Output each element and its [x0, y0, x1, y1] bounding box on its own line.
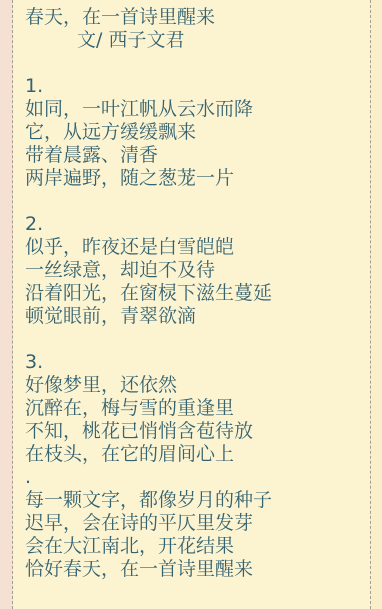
poem-line: 会在大江南北，开花结果 — [25, 535, 360, 558]
poem-byline: 文/ 西子文君 — [25, 29, 360, 52]
stanza-4-label: . — [25, 466, 360, 489]
right-edge-strip — [370, 0, 382, 609]
poem-line: 带着晨露、清香 — [25, 144, 360, 167]
poem-content: 春天，在一首诗里醒来 文/ 西子文君 1. 如同，一叶江帆从云水而降 它，从远方… — [25, 6, 360, 581]
stanza-2: 2. 似乎，昨夜还是白雪皑皑 一丝绿意，却迫不及待 沿着阳光，在窗棂下滋生蔓延 … — [25, 213, 360, 328]
poem-line: 沉醉在，梅与雪的重逢里 — [25, 397, 360, 420]
stanza-4: . 每一颗文字，都像岁月的种子 迟早，会在诗的平仄里发芽 会在大江南北，开花结果… — [25, 466, 360, 581]
stanza-3-label: 3. — [25, 351, 360, 374]
poem-line: 不知，桃花已悄悄含苞待放 — [25, 420, 360, 443]
poem-line: 沿着阳光，在窗棂下滋生蔓延 — [25, 282, 360, 305]
stanza-1-label: 1. — [25, 75, 360, 98]
poem-line: 恰好春天，在一首诗里醒来 — [25, 558, 360, 581]
stanza-3: 3. 好像梦里，还依然 沉醉在，梅与雪的重逢里 不知，桃花已悄悄含苞待放 在枝头… — [25, 351, 360, 466]
stanza-1: 1. 如同，一叶江帆从云水而降 它，从远方缓缓飘来 带着晨露、清香 两岸遍野，随… — [25, 75, 360, 190]
poem-line: 如同，一叶江帆从云水而降 — [25, 98, 360, 121]
poem-line: 它，从远方缓缓飘来 — [25, 121, 360, 144]
poem-line: 顿觉眼前，青翠欲滴 — [25, 305, 360, 328]
poem-line: 在枝头，在它的眉间心上 — [25, 443, 360, 466]
poem-title: 春天，在一首诗里醒来 — [25, 6, 360, 29]
poem-line: 似乎，昨夜还是白雪皑皑 — [25, 236, 360, 259]
poem-line: 每一颗文字，都像岁月的种子 — [25, 489, 360, 512]
left-edge-strip — [0, 0, 13, 609]
poem-line: 两岸遍野，随之葱茏一片 — [25, 167, 360, 190]
poem-line: 迟早，会在诗的平仄里发芽 — [25, 512, 360, 535]
poem-line: 一丝绿意，却迫不及待 — [25, 259, 360, 282]
stanza-2-label: 2. — [25, 213, 360, 236]
poem-line: 好像梦里，还依然 — [25, 374, 360, 397]
